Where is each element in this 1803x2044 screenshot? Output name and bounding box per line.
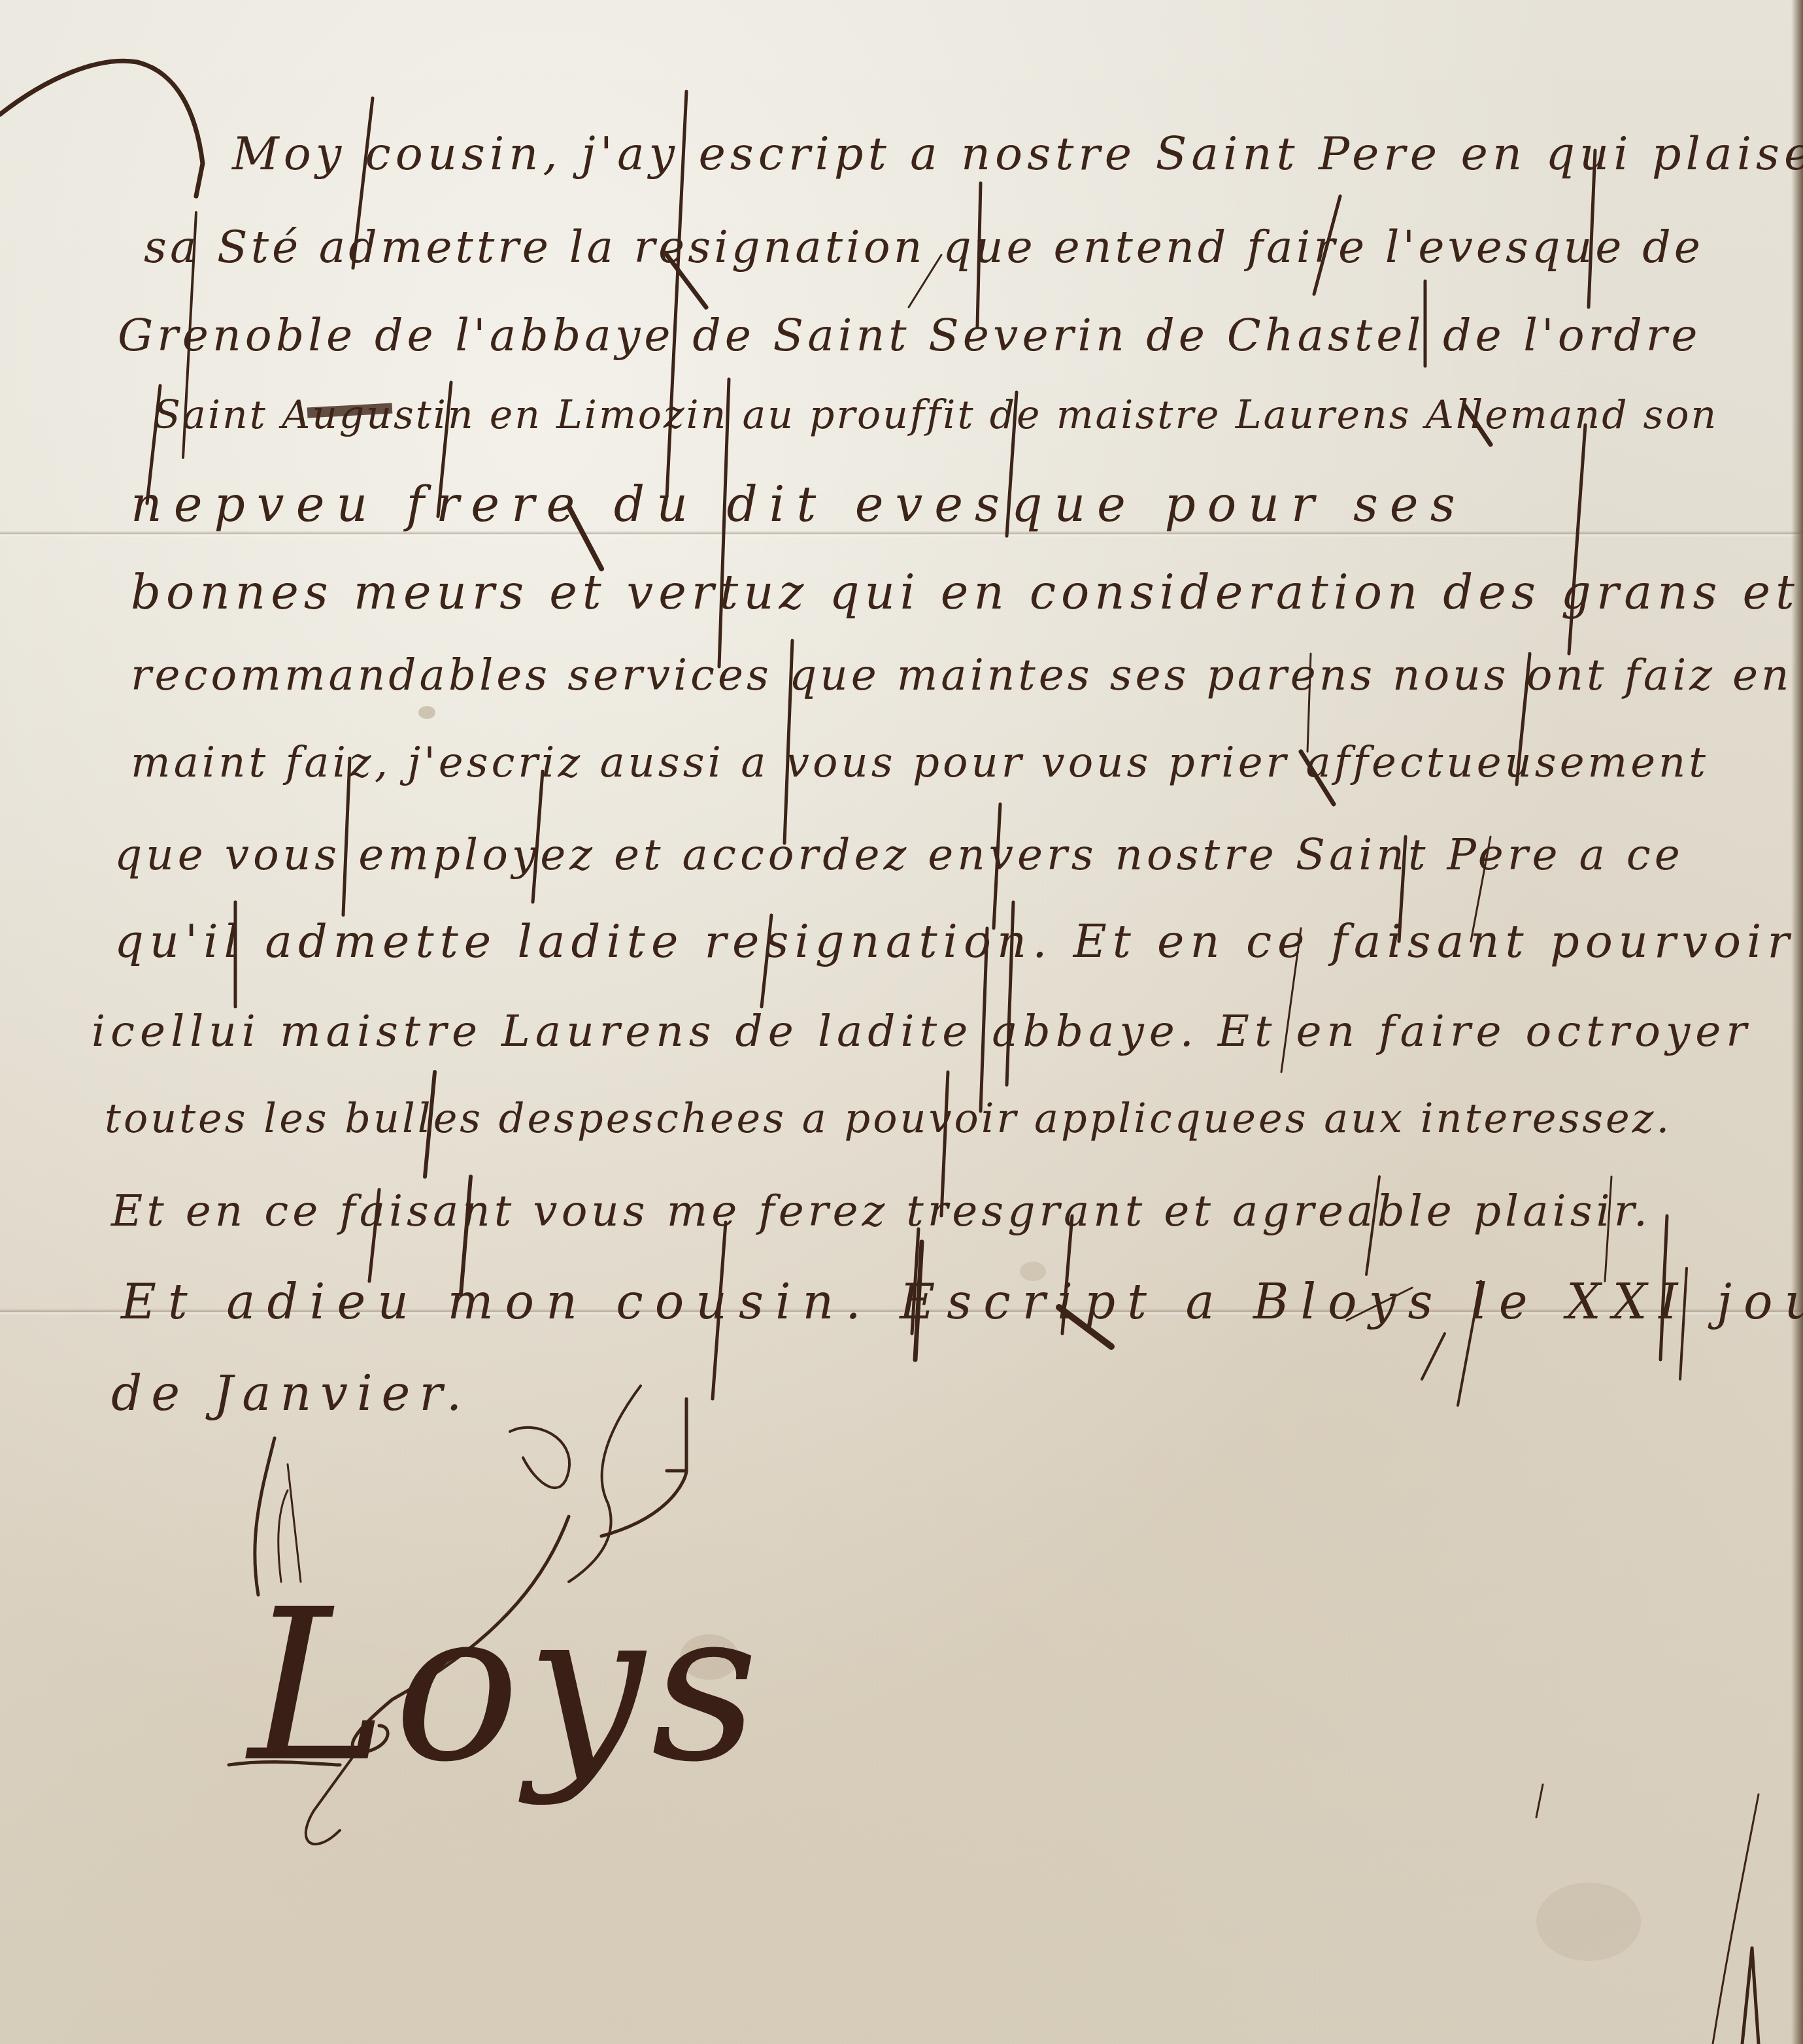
- foxing-spot: [418, 706, 435, 719]
- text-line-2: sa Sté admettre la resignation que enten…: [144, 226, 1704, 270]
- text-line-6: bonnes meurs et vertuz qui en considerat…: [131, 569, 1800, 616]
- text-line-4: Saint Augustin en Limozin au prouffit de…: [154, 395, 1718, 435]
- text-line-10: qu'il admette ladite resignation. Et en …: [114, 918, 1795, 964]
- text-line-14: Et adieu mon cousin. Escript a Bloys le …: [121, 1278, 1803, 1326]
- text-line-7: recommandables services que maintes ses …: [131, 654, 1793, 697]
- foxing-spot: [1536, 1883, 1641, 1961]
- text-line-9: que vous employez et accordez envers nos…: [114, 833, 1684, 877]
- text-line-5: nepveu frere du dit evesque pour ses: [131, 480, 1467, 529]
- text-line-8: maint faiz, j'escriz aussi a vous pour v…: [131, 742, 1709, 784]
- text-line-11: icellui maistre Laurens de ladite abbaye…: [92, 1010, 1752, 1053]
- text-line-15: de Janvier.: [111, 1369, 471, 1418]
- royal-signature: Loys: [248, 1582, 765, 1791]
- text-line-13: Et en ce faisant vous me ferez tresgrant…: [111, 1190, 1651, 1233]
- frame-edge: [1791, 0, 1803, 2044]
- text-line-3: Grenoble de l'abbaye de Saint Severin de…: [118, 314, 1701, 358]
- text-line-1: Moy cousin, j'ay escript a nostre Saint …: [232, 131, 1803, 176]
- text-line-12: toutes les bulles despeschees a pouvoir …: [105, 1098, 1672, 1139]
